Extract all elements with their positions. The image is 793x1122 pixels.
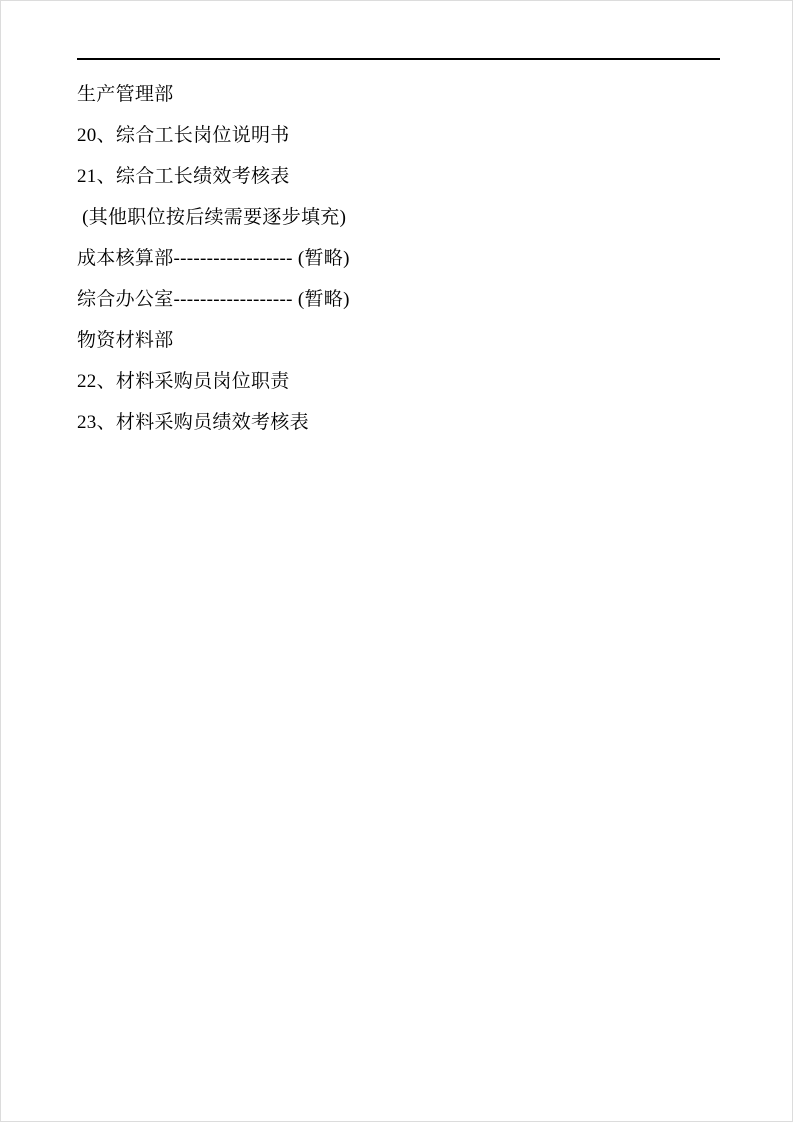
line-item-21: 21、综合工长绩效考核表	[77, 165, 726, 189]
header-rule	[77, 58, 720, 60]
line-department-general-office: 综合办公室------------------ (暂略)	[77, 288, 726, 312]
document-page: 生产管理部 20、综合工长岗位说明书 21、综合工长绩效考核表 (其他职位按后续…	[0, 0, 793, 1122]
line-note-other-positions: (其他职位按后续需要逐步填充)	[77, 206, 726, 230]
line-department-cost-accounting: 成本核算部------------------ (暂略)	[77, 247, 726, 271]
line-item-23: 23、材料采购员绩效考核表	[77, 411, 726, 435]
line-department-production: 生产管理部	[77, 83, 726, 107]
document-body: 生产管理部 20、综合工长岗位说明书 21、综合工长绩效考核表 (其他职位按后续…	[77, 83, 726, 452]
line-item-22: 22、材料采购员岗位职责	[77, 370, 726, 394]
line-item-20: 20、综合工长岗位说明书	[77, 124, 726, 148]
line-department-materials: 物资材料部	[77, 329, 726, 353]
